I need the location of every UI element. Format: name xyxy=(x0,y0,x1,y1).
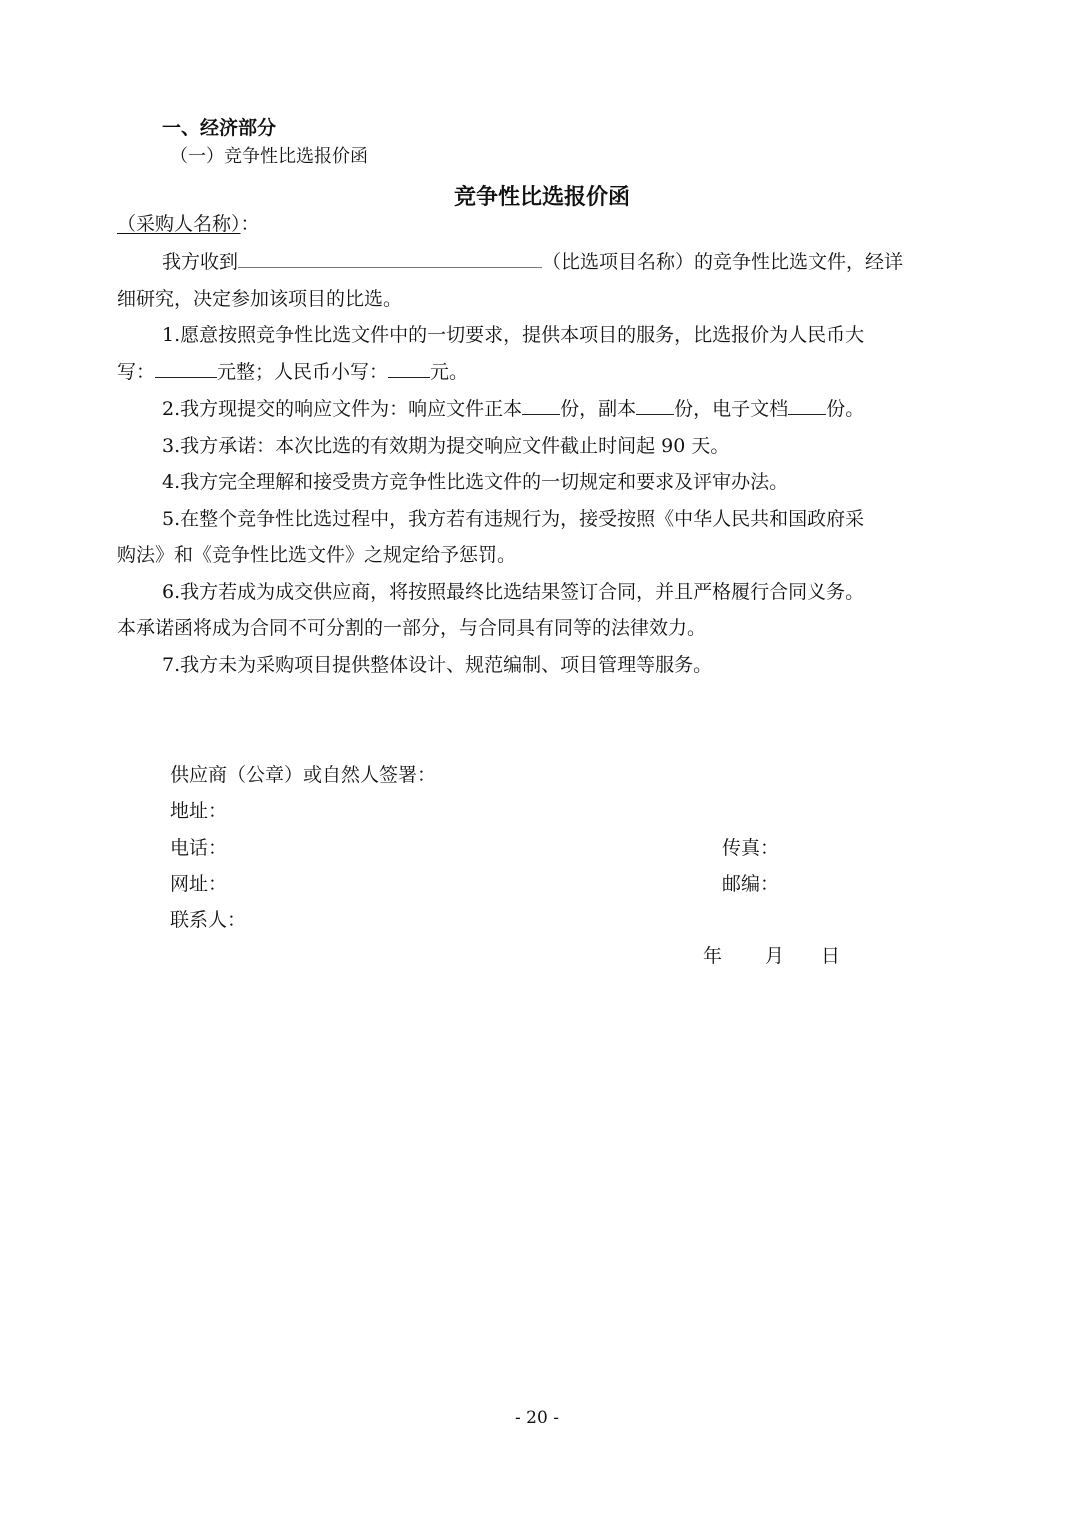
duplicate-copies-blank[interactable] xyxy=(636,396,674,415)
date-month: 月 xyxy=(765,941,821,968)
section-heading: 一、经济部分 xyxy=(162,113,276,140)
address-label: 地址： xyxy=(170,796,227,823)
contact-label: 联系人： xyxy=(170,905,246,932)
original-copies-blank[interactable] xyxy=(522,396,560,415)
price-lowercase-blank[interactable] xyxy=(388,359,430,378)
addressee-label: （采购人名称） xyxy=(117,213,241,235)
item-3: 3.我方承诺：本次比选的有效期为提交响应文件截止时间起 90 天。 xyxy=(162,431,729,458)
item-5-line-1: 5.在整个竞争性比选过程中，我方若有违规行为，接受按照《中华人民共和国政府采 xyxy=(162,504,864,531)
item-1-line-2: 写：元整；人民币小写：元。 xyxy=(117,357,468,384)
addressee-colon: ： xyxy=(241,213,260,235)
item-6-line-1: 6.我方若成为成交供应商，将按照最终比选结果签订合同，并且严格履行合同义务。 xyxy=(162,577,864,604)
fax-label: 传真： xyxy=(722,833,779,860)
subsection-heading: （一）竞争性比选报价函 xyxy=(170,142,368,168)
website-label: 网址： xyxy=(170,869,227,896)
item-1-line-1: 1.愿意按照竞争性比选文件中的一切要求，提供本项目的服务，比选报价为人民币大 xyxy=(162,320,864,347)
intro-line-1: 我方收到（比选项目名称）的竞争性比选文件，经详 xyxy=(162,247,903,274)
postcode-label: 邮编： xyxy=(722,869,779,896)
date-line: 年月日 xyxy=(703,941,840,968)
date-year: 年 xyxy=(703,941,765,968)
supplier-signature-label: 供应商（公章）或自然人签署： xyxy=(170,760,436,787)
electronic-copies-blank[interactable] xyxy=(788,396,826,415)
project-name-blank[interactable] xyxy=(238,249,542,268)
phone-label: 电话： xyxy=(170,833,227,860)
date-day: 日 xyxy=(821,941,840,968)
item-6-line-2: 本承诺函将成为合同不可分割的一部分，与合同具有同等的法律效力。 xyxy=(117,613,706,640)
item-7: 7.我方未为采购项目提供整体设计、规范编制、项目管理等服务。 xyxy=(162,650,712,677)
page-number: - 20 - xyxy=(0,1408,1074,1428)
item-4: 4.我方完全理解和接受贵方竞争性比选文件的一切规定和要求及评审办法。 xyxy=(162,467,788,494)
item-2: 2.我方现提交的响应文件为：响应文件正本份，副本份，电子文档份。 xyxy=(162,394,864,421)
document-title: 竞争性比选报价函 xyxy=(0,180,1074,211)
intro-line-2: 细研究，决定参加该项目的比选。 xyxy=(117,284,402,311)
addressee-line: （采购人名称）： xyxy=(117,209,260,236)
item-5-line-2: 购法》和《竞争性比选文件》之规定给予惩罚。 xyxy=(117,540,516,567)
price-uppercase-blank[interactable] xyxy=(155,359,217,378)
